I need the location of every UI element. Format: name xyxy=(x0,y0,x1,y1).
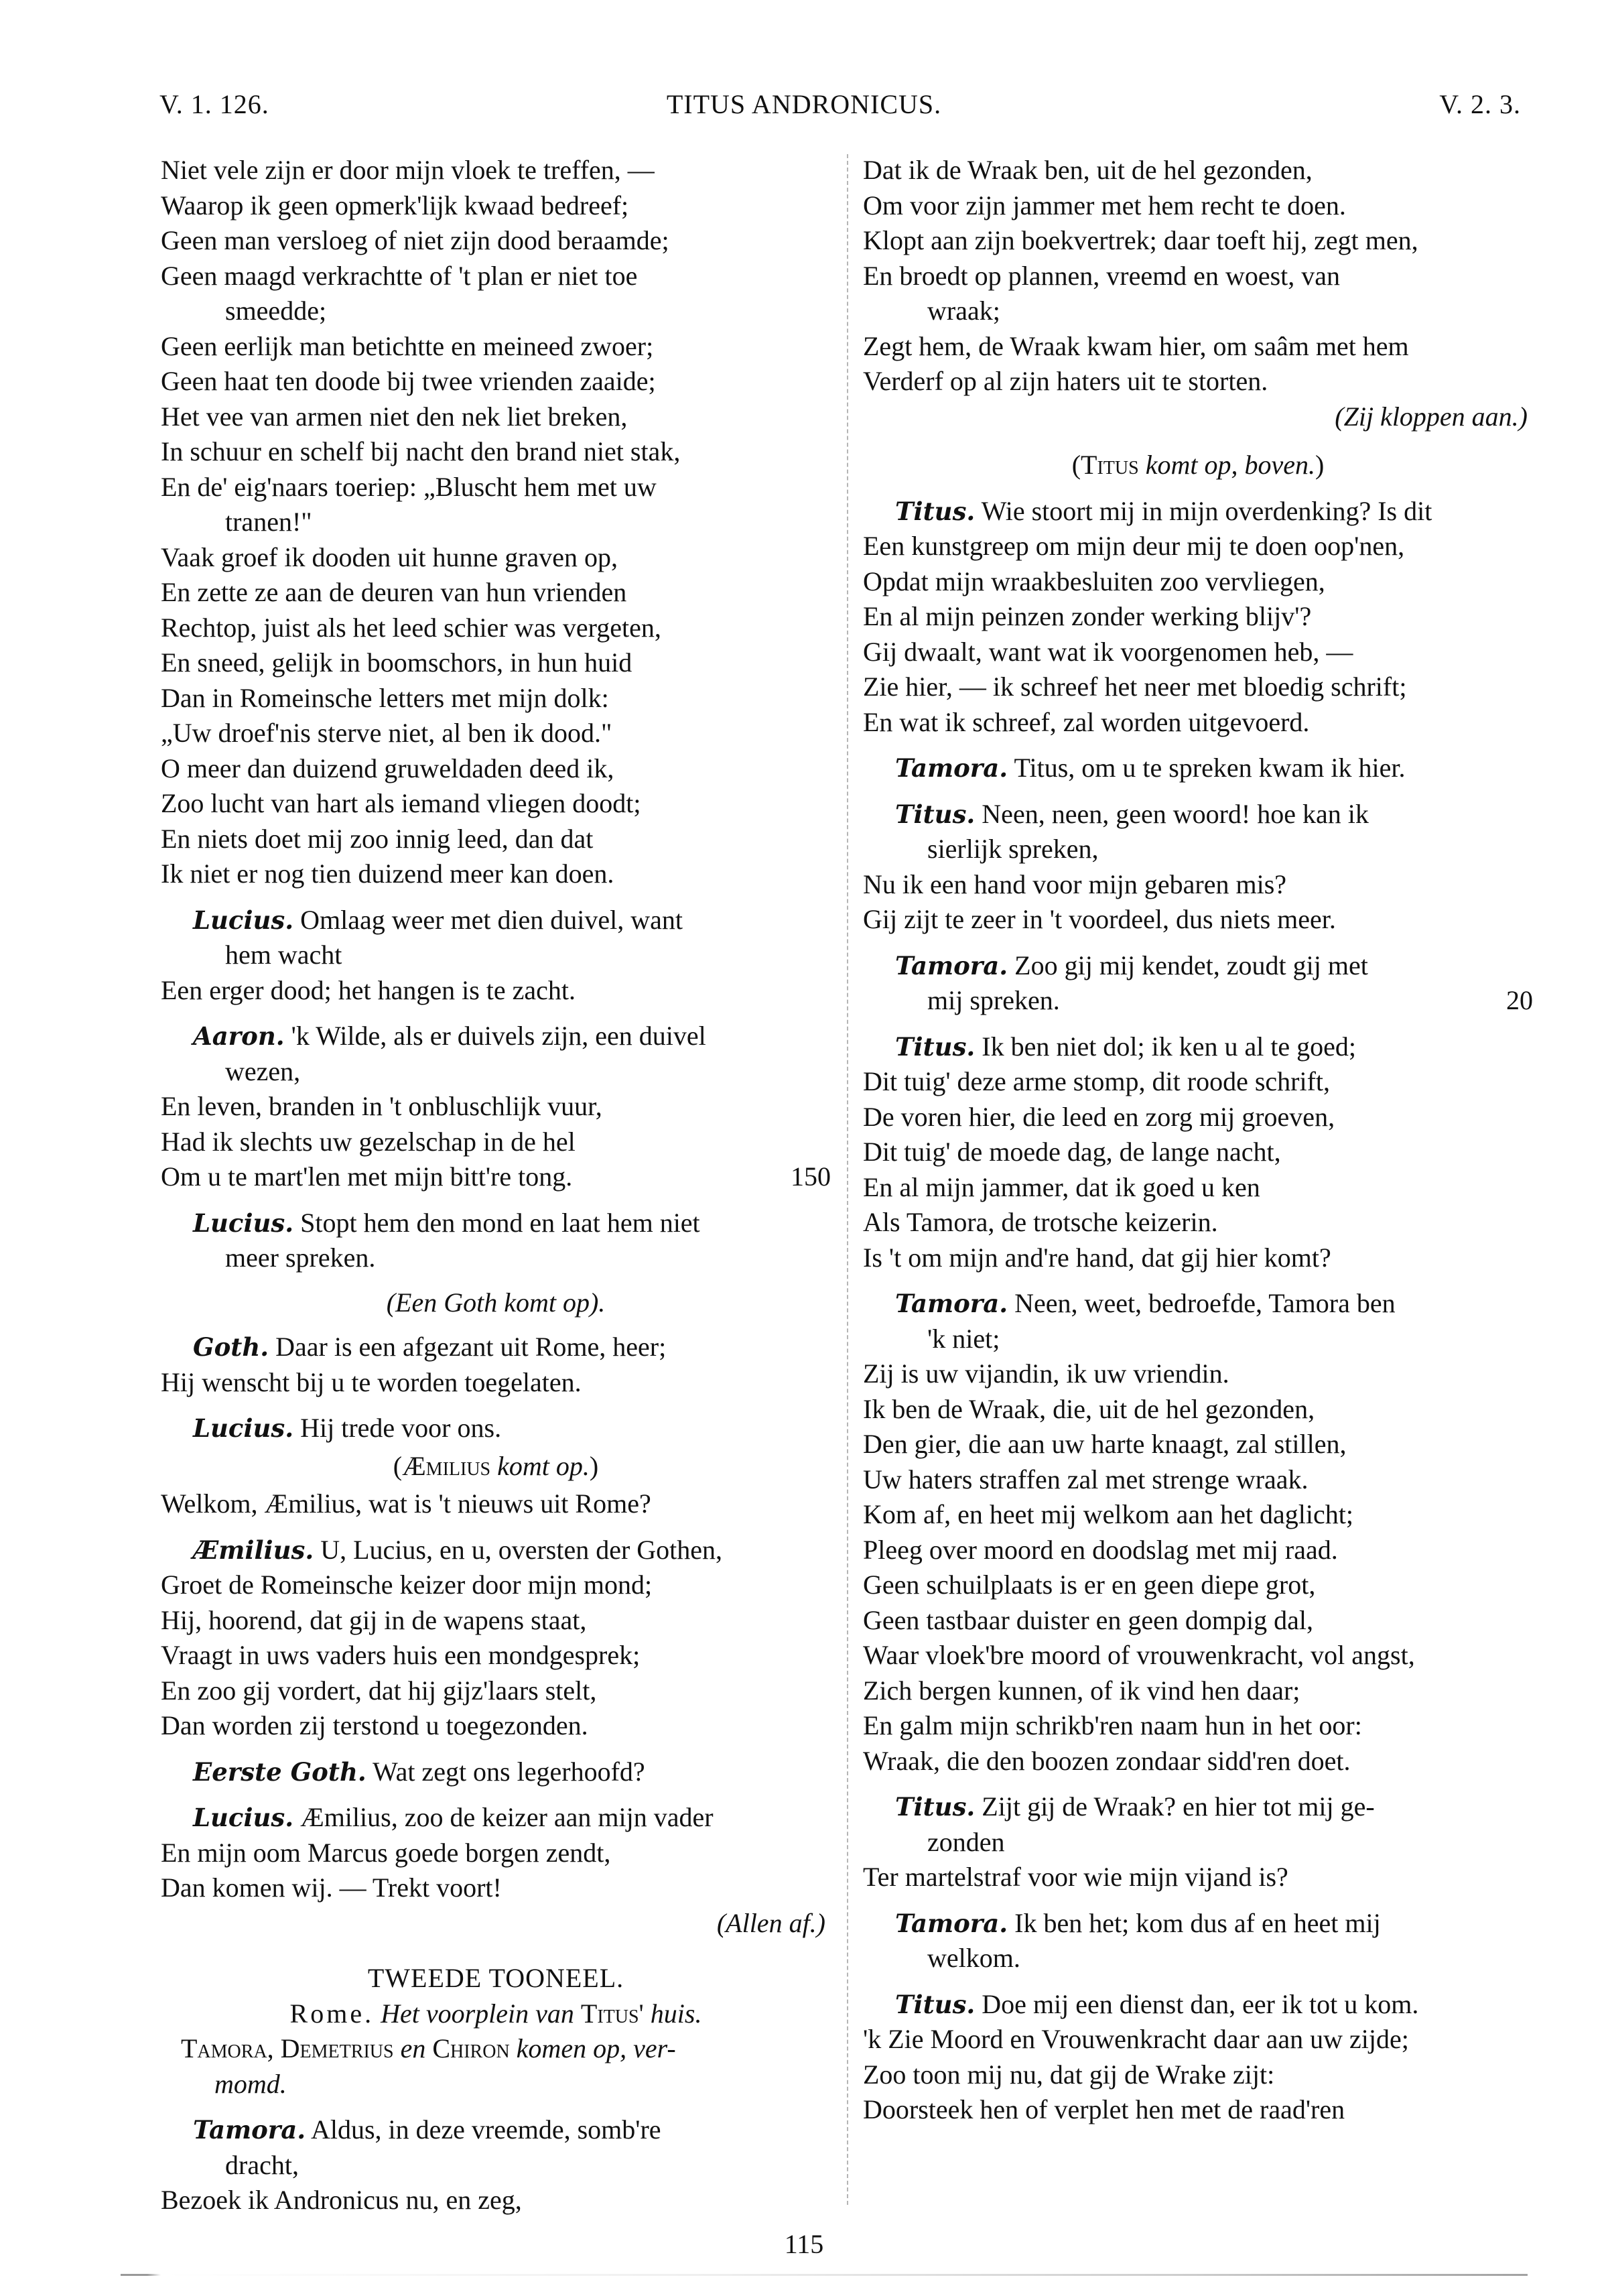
verse-line: Hij, hoorend, dat gij in de wapens staat… xyxy=(161,1603,831,1639)
verse-line: Æmilius, zoo de keizer aan mijn vader xyxy=(300,1802,713,1832)
speech-aemilius: Æmilius. U, Lucius, en u, oversten der G… xyxy=(161,1533,831,1744)
verse-line: Pleeg over moord en doodslag met mij raa… xyxy=(863,1533,1533,1568)
verse-line: Hij trede voor ons. xyxy=(300,1413,501,1443)
column-divider xyxy=(847,154,848,2205)
character-name: Æmilius xyxy=(402,1451,490,1481)
verse-line: Neen, weet, bedroefde, Tamora ben xyxy=(1014,1288,1395,1318)
verse-line: En al mijn peinzen zonder werking blijv'… xyxy=(863,599,1533,635)
verse-line: Uw haters straffen zal met strenge wraak… xyxy=(863,1462,1533,1498)
verse-line: Had ik slechts uw gezelschap in de hel xyxy=(161,1125,831,1160)
scene-heading: TWEEDE TOONEEL. xyxy=(161,1961,831,1996)
verse-line: En sneed, gelijk in boomschors, in hun h… xyxy=(161,645,831,681)
stage-direction-text: komt op, boven. xyxy=(1146,450,1315,480)
verse-line: Geen haat ten doode bij twee vrienden za… xyxy=(161,364,831,399)
speech-lucius: Lucius. Hij trede voor ons. (Æmilius kom… xyxy=(161,1411,831,1522)
verse-line: Titus, om u te spreken kwam ik hier. xyxy=(1014,753,1405,783)
verse-line: Doorsteek hen of verplet hen met de raad… xyxy=(863,2092,1533,2128)
verse-line: 'k Zie Moord en Vrouwenkracht daar aan u… xyxy=(863,2022,1533,2057)
verse-line: En leven, branden in 't onbluschlijk vuu… xyxy=(161,1089,831,1125)
verse-line-continuation: smeedde; xyxy=(161,294,831,329)
character-name: Titus xyxy=(1081,450,1139,480)
speech-lucius: Lucius. Omlaag weer met dien duivel, wan… xyxy=(161,903,831,1009)
verse-line: Wie stoort mij in mijn overdenking? Is d… xyxy=(982,496,1432,526)
speaker-name: Tamora. xyxy=(895,951,1008,980)
verse-line: Het vee van armen niet den nek liet brek… xyxy=(161,399,831,435)
verse-line: Niet vele zijn er door mijn vloek te tre… xyxy=(161,153,831,188)
verse-line-continuation: zonden xyxy=(863,1825,1533,1860)
entrance-direction: Tamora, Demetrius en Chiron komen op, ve… xyxy=(161,2031,831,2102)
verse-line: En zoo gij vordert, dat hij gijz'laars s… xyxy=(161,1673,831,1709)
verse-line: Om u te mart'len met mijn bitt're tong. xyxy=(161,1161,572,1192)
verse-line-continuation: meer spreken. xyxy=(161,1240,831,1276)
verse-line: Dan in Romeinsche letters met mijn dolk: xyxy=(161,681,831,716)
speaker-name: Goth. xyxy=(193,1332,269,1362)
verse-line: Zich bergen kunnen, of ik vind hen daar; xyxy=(863,1673,1533,1709)
verse-line: Verderf op al zijn haters uit te storten… xyxy=(863,364,1533,399)
speech-aaron: Aaron. 'k Wilde, als er duivels zijn, ee… xyxy=(161,1019,831,1195)
verse-line: Zoo gij mij kendet, zoudt gij met xyxy=(1014,950,1368,980)
verse-line: „Uw droef'nis sterve niet, al ben ik doo… xyxy=(161,716,831,751)
speaker-name: Lucius. xyxy=(193,905,293,935)
verse-line: Gij dwaalt, want wat ik voorgenomen heb,… xyxy=(863,635,1533,670)
speech-lucius: Lucius. Stopt hem den mond en laat hem n… xyxy=(161,1206,831,1276)
scene-location: Rome. Het voorplein van Titus' huis. xyxy=(161,1996,831,2032)
verse-line: Als Tamora, de trotsche keizerin. xyxy=(863,1205,1533,1240)
verse-line: Bezoek ik Andronicus nu, en zeg, xyxy=(161,2183,831,2218)
verse-line: Dan komen wij. — Trekt voort! xyxy=(161,1870,831,1906)
line-number: 20 xyxy=(1506,983,1533,1019)
speaker-name: Tamora. xyxy=(895,1909,1008,1938)
verse-line-continuation: sierlijk spreken, xyxy=(863,832,1533,867)
speaker-name: Tamora. xyxy=(895,1289,1008,1318)
verse-line: Geen schuilplaats is er en geen diepe gr… xyxy=(863,1568,1533,1603)
verse-line: Een erger dood; het hangen is te zacht. xyxy=(161,973,831,1009)
speech-tamora: Tamora. Zoo gij mij kendet, zoudt gij me… xyxy=(863,948,1533,1019)
verse-line: Zij is uw vijandin, ik uw vriendin. xyxy=(863,1356,1533,1392)
verse-line: Zijt gij de Wraak? en hier tot mij ge- xyxy=(982,1791,1374,1822)
verse-line: Zegt hem, de Wraak kwam hier, om saâm me… xyxy=(863,329,1533,365)
act-scene-line-ref-right: V. 2. 3. xyxy=(1439,88,1521,120)
verse-line-continuation: hem wacht xyxy=(161,938,831,973)
verse-line-continuation: wraak; xyxy=(863,294,1533,329)
verse-line: Geen tastbaar duister en geen dompig dal… xyxy=(863,1603,1533,1639)
speech-tamora: Tamora. Aldus, in deze vreemde, somb're … xyxy=(161,2112,831,2218)
speech-tamora: Tamora. Ik ben het; kom dus af en heet m… xyxy=(863,1906,1533,1976)
verse-line: Geen maagd verkrachtte of 't plan er nie… xyxy=(161,259,831,294)
verse-line: Ik ben het; kom dus af en heet mij xyxy=(1014,1908,1381,1938)
speech-titus: Titus. Wie stoort mij in mijn overdenkin… xyxy=(863,494,1533,741)
verse-line: Is 't om mijn and're hand, dat gij hier … xyxy=(863,1240,1533,1276)
speech-titus: Titus. Ik ben niet dol; ik ken u al te g… xyxy=(863,1029,1533,1276)
stage-direction-text: (Zij kloppen aan.) xyxy=(1335,401,1528,432)
stage-direction-text: komen op, ver- xyxy=(517,2033,676,2063)
verse-line: Dit tuig' de moede dag, de lange nacht, xyxy=(863,1135,1533,1170)
verse-line-continuation: tranen!" xyxy=(161,505,831,540)
verse-line: Omlaag weer met dien duivel, want xyxy=(300,905,683,935)
stage-direction-text: (Een Goth komt op). xyxy=(387,1287,606,1318)
character-name: Titus' xyxy=(581,1998,644,2029)
verse-line: Dat ik de Wraak ben, uit de hel gezonden… xyxy=(863,153,1533,188)
speech-eerste-goth: Eerste Goth. Wat zegt ons legerhoofd? xyxy=(161,1755,831,1790)
verse-line: Om voor zijn jammer met hem recht te doe… xyxy=(863,188,1533,224)
verse-line-continuation: wezen, xyxy=(161,1054,831,1090)
verse-line: Hij wenscht bij u te worden toegelaten. xyxy=(161,1365,831,1401)
location-text: huis. xyxy=(651,1998,702,2029)
verse-line: Klopt aan zijn boekvertrek; daar toeft h… xyxy=(863,223,1533,259)
speech-titus: Titus. Neen, neen, geen woord! hoe kan i… xyxy=(863,797,1533,938)
verse-line: Stopt hem den mond en laat hem niet xyxy=(300,1208,700,1238)
verse-line: Neen, neen, geen woord! hoe kan ik xyxy=(982,799,1369,829)
verse-line: Zie hier, — ik schreef het neer met bloe… xyxy=(863,669,1533,705)
verse-line: Aldus, in deze vreemde, somb're xyxy=(311,2114,661,2145)
character-name: Chiron xyxy=(432,2033,509,2063)
aaron-speech-continuation: Niet vele zijn er door mijn vloek te tre… xyxy=(161,153,831,892)
speaker-name: Lucius. xyxy=(193,1208,293,1238)
speaker-name: Titus. xyxy=(895,1792,975,1822)
verse-line: Gij zijt te zeer in 't voordeel, dus nie… xyxy=(863,902,1533,938)
verse-line-continuation: welkom. xyxy=(863,1941,1533,1976)
verse-line: Geen man versloeg of niet zijn dood bera… xyxy=(161,223,831,259)
left-column: Niet vele zijn er door mijn vloek te tre… xyxy=(161,153,831,2218)
verse-line-continuation: mij spreken. xyxy=(927,985,1060,1015)
speaker-name: Lucius. xyxy=(193,1803,293,1832)
speaker-name: Tamora. xyxy=(193,2115,306,2145)
verse-line: Daar is een afgezant uit Rome, heer; xyxy=(275,1332,666,1362)
verse-line: Doe mij een dienst dan, eer ik tot u kom… xyxy=(982,1989,1418,2019)
speaker-name: Eerste Goth. xyxy=(193,1757,366,1787)
verse-line: De voren hier, die leed en zorg mij groe… xyxy=(863,1100,1533,1135)
verse-line: Groet de Romeinsche keizer door mijn mon… xyxy=(161,1568,831,1603)
verse-line: 'k Wilde, als er duivels zijn, een duive… xyxy=(291,1021,706,1051)
verse-line: Dan worden zij terstond u toegezonden. xyxy=(161,1708,831,1744)
verse-line: Rechtop, juist als het leed schier was v… xyxy=(161,611,831,646)
speaker-name: Titus. xyxy=(895,1990,975,2019)
speaker-name: Titus. xyxy=(895,497,975,526)
stage-direction: (Een Goth komt op). xyxy=(161,1285,831,1321)
verse-line: Ik ben niet dol; ik ken u al te goed; xyxy=(982,1031,1356,1062)
verse-line: Vaak groef ik dooden uit hunne graven op… xyxy=(161,540,831,576)
running-title: TITUS ANDRONICUS. xyxy=(0,88,1608,120)
speech-titus: Titus. Doe mij een dienst dan, eer ik to… xyxy=(863,1987,1533,2128)
verse-line: Ik niet er nog tien duizend meer kan doe… xyxy=(161,856,831,892)
verse-line: En al mijn jammer, dat ik goed u ken xyxy=(863,1170,1533,1206)
speaker-name: Tamora. xyxy=(895,753,1008,783)
verse-line-continuation: dracht, xyxy=(161,2148,831,2183)
stage-direction-text: komt op. xyxy=(497,1451,590,1481)
verse-line: Kom af, en heet mij welkom aan het dagli… xyxy=(863,1497,1533,1533)
verse-line: Zoo toon mij nu, dat gij de Wrake zijt: xyxy=(863,2057,1533,2093)
verse-line: En mijn oom Marcus goede borgen zendt, xyxy=(161,1836,831,1871)
speaker-name: Titus. xyxy=(895,1032,975,1062)
verse-line: Ter martelstraf voor wie mijn vijand is? xyxy=(863,1860,1533,1895)
verse-line: Geen eerlijk man betichtte en meineed zw… xyxy=(161,329,831,365)
verse-line: Vraagt in uws vaders huis een mondgespre… xyxy=(161,1638,831,1673)
speaker-name: Aaron. xyxy=(193,1021,285,1051)
verse-line: Zoo lucht van hart als iemand vliegen do… xyxy=(161,786,831,822)
page-number: 115 xyxy=(0,2228,1608,2260)
speech-tamora: Tamora. Titus, om u te spreken kwam ik h… xyxy=(863,751,1533,786)
stage-direction-text: (Allen af.) xyxy=(717,1908,825,1938)
verse-line: Wraak, die den boozen zondaar sidd'ren d… xyxy=(863,1744,1533,1779)
speaker-name: Lucius. xyxy=(193,1413,293,1443)
verse-line: Nu ik een hand voor mijn gebaren mis? xyxy=(863,867,1533,903)
verse-line: En zette ze aan de deuren van hun vriend… xyxy=(161,575,831,611)
verse-line: Welkom, Æmilius, wat is 't nieuws uit Ro… xyxy=(161,1486,831,1522)
verse-line: O meer dan duizend gruweldaden deed ik, xyxy=(161,751,831,787)
speech-tamora: Tamora. Neen, weet, bedroefde, Tamora be… xyxy=(863,1286,1533,1779)
verse-line: In schuur en schelf bij nacht den brand … xyxy=(161,434,831,470)
stage-direction-text: en xyxy=(401,2033,426,2063)
scan-artifact xyxy=(121,2274,1528,2276)
location-city: Rome. xyxy=(290,1998,375,2029)
verse-line: En de' eig'naars toeriep: „Bluscht hem m… xyxy=(161,470,831,505)
stage-direction-exit: (Allen af.) xyxy=(161,1906,831,1941)
line-number: 150 xyxy=(791,1159,831,1195)
speech-goth: Goth. Daar is een afgezant uit Rome, hee… xyxy=(161,1330,831,1400)
location-text: Het voorplein van xyxy=(381,1998,574,2029)
verse-line: En broedt op plannen, vreemd en woest, v… xyxy=(863,259,1533,294)
verse-line: Dit tuig' deze arme stomp, dit roode sch… xyxy=(863,1064,1533,1100)
verse-line: Waarop ik geen opmerk'lijk kwaad bedreef… xyxy=(161,188,831,224)
verse-line: Wat zegt ons legerhoofd? xyxy=(373,1757,645,1787)
verse-line: Ik ben de Wraak, die, uit de hel gezonde… xyxy=(863,1392,1533,1427)
verse-line: En galm mijn schrikb'ren naam hun in het… xyxy=(863,1708,1533,1744)
verse-line: En wat ik schreef, zal worden uitgevoerd… xyxy=(863,705,1533,741)
stage-direction: (Zij kloppen aan.) xyxy=(863,399,1533,435)
verse-line-continuation: 'k niet; xyxy=(863,1322,1533,1357)
speaker-name: Titus. xyxy=(895,800,975,829)
stage-direction-text: momd. xyxy=(214,2069,287,2099)
speaker-name: Æmilius. xyxy=(193,1535,314,1565)
character-name: Demetrius xyxy=(281,2033,394,2063)
tamora-speech-continuation: Dat ik de Wraak ben, uit de hel gezonden… xyxy=(863,153,1533,399)
character-name: Tamora xyxy=(181,2033,267,2063)
speech-lucius: Lucius. Æmilius, zoo de keizer aan mijn … xyxy=(161,1800,831,1906)
right-column: Dat ik de Wraak ben, uit de hel gezonden… xyxy=(863,153,1533,2128)
speech-titus: Titus. Zijt gij de Wraak? en hier tot mi… xyxy=(863,1789,1533,1895)
stage-direction: (Titus komt op, boven.) xyxy=(863,448,1533,483)
verse-line: Waar vloek'bre moord of vrouwenkracht, v… xyxy=(863,1638,1533,1673)
verse-line: Den gier, die aan uw harte knaagt, zal s… xyxy=(863,1427,1533,1462)
verse-line: En niets doet mij zoo innig leed, dan da… xyxy=(161,822,831,857)
verse-line: U, Lucius, en u, oversten der Gothen, xyxy=(320,1535,722,1565)
stage-direction: (Æmilius komt op.) xyxy=(161,1449,831,1484)
verse-line: Opdat mijn wraakbesluiten zoo vervliegen… xyxy=(863,564,1533,600)
verse-line: Een kunstgreep om mijn deur mij te doen … xyxy=(863,529,1533,564)
